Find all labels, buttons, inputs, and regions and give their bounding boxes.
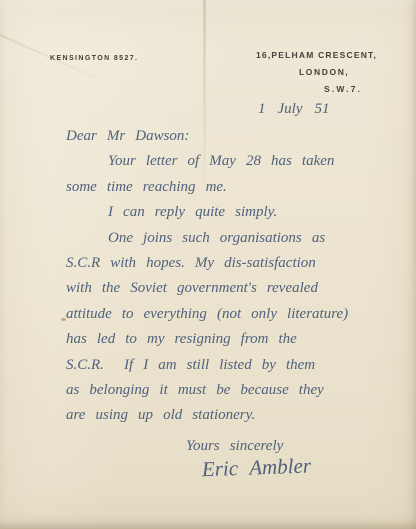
body-line-2: some time reaching me. xyxy=(66,175,388,200)
body-line-4: One joins such organisations as xyxy=(66,226,388,251)
body-line-9: S.C.R. If I am still listed by them xyxy=(66,353,388,378)
body-line-7: attitude to everything (not only literat… xyxy=(66,302,388,327)
letter-date: 1 July 51 xyxy=(258,101,329,118)
letter-body: Dear Mr Dawson: Your letter of May 28 ha… xyxy=(66,124,388,490)
letterhead-phone: KENSINGTON 8527. xyxy=(50,55,138,62)
letter-page: KENSINGTON 8527. 16,PELHAM CRESCENT, LON… xyxy=(0,0,416,529)
body-line-3: I can reply quite simply. xyxy=(66,200,388,225)
salutation: Dear Mr Dawson: xyxy=(66,124,388,149)
letterhead-address-line1: 16,PELHAM CRESCENT, xyxy=(256,50,377,60)
body-line-6: with the Soviet government's revealed xyxy=(66,276,388,301)
body-line-5: S.C.R with hopes. My dis-satisfaction xyxy=(66,251,388,276)
body-line-8: has led to my resigning from the xyxy=(66,327,388,352)
body-line-1: Your letter of May 28 has taken xyxy=(66,149,388,174)
letterhead-address-line3: S.W.7. xyxy=(324,84,362,94)
body-line-10: as belonging it must be because they xyxy=(66,378,388,403)
letterhead-address-line2: LONDON, xyxy=(299,67,349,77)
body-line-11: are using up old stationery. xyxy=(66,403,388,428)
